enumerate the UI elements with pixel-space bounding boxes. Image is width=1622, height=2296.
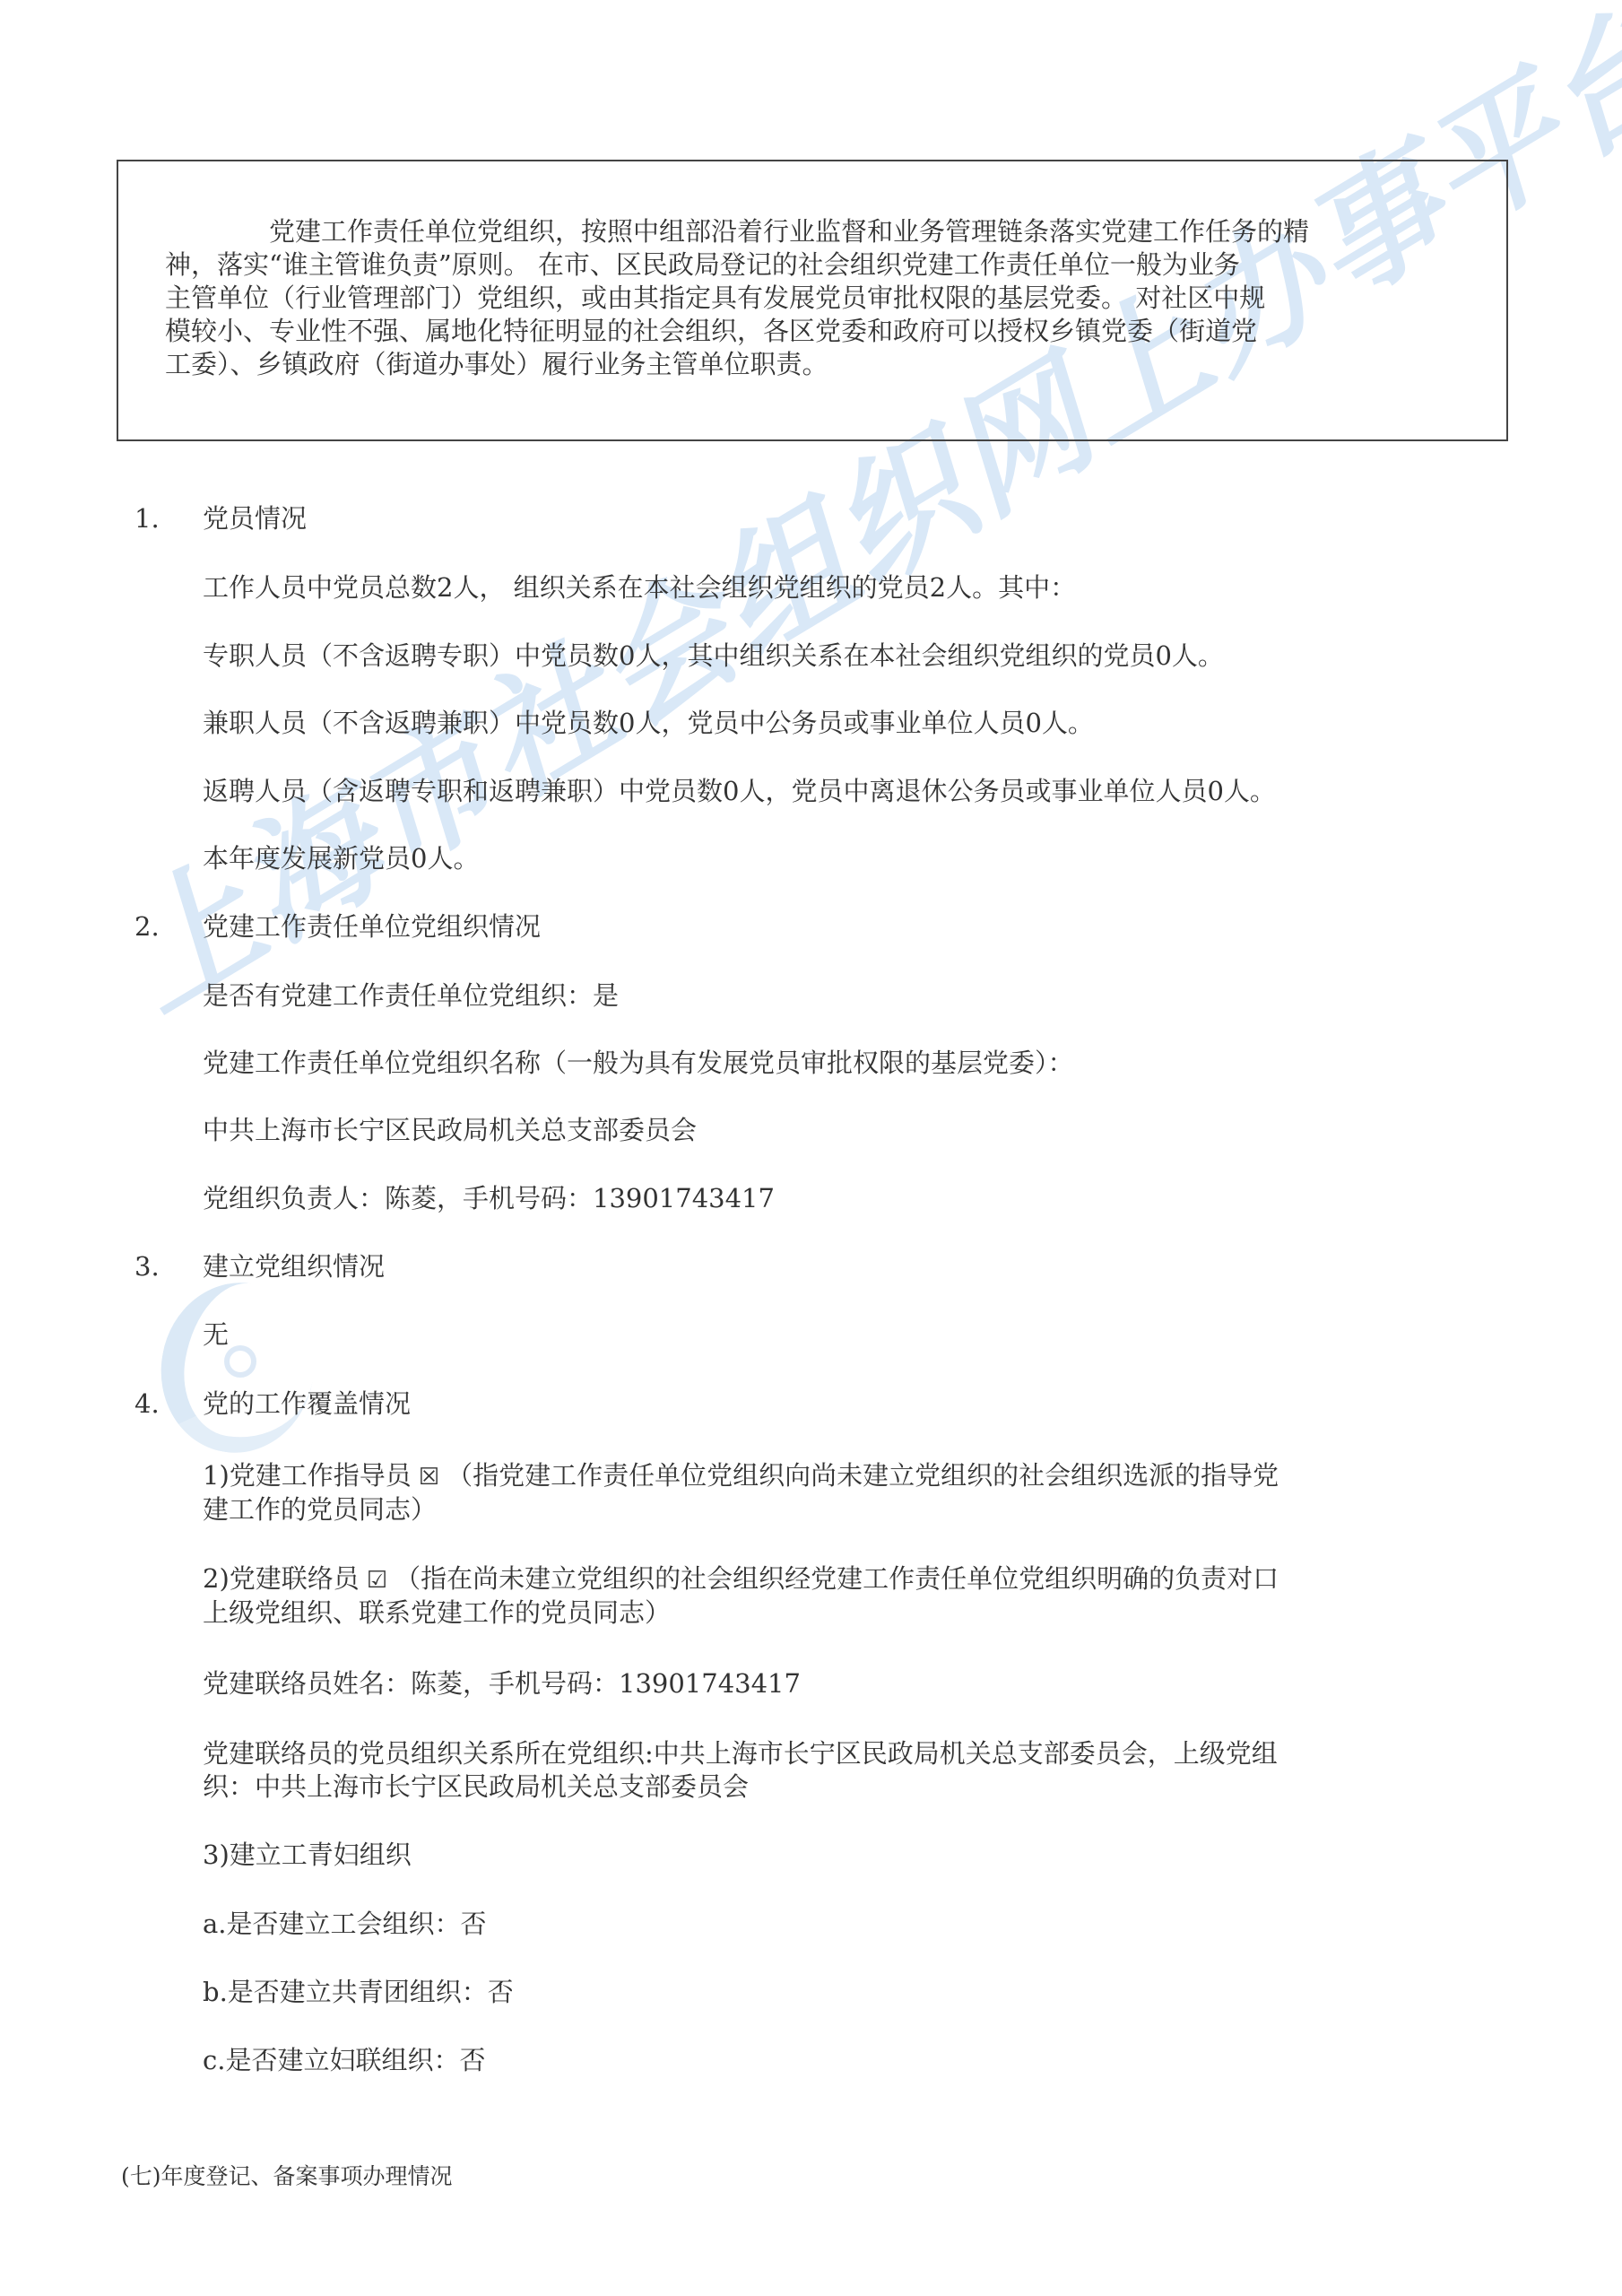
notice-text: 党建工作责任单位党组织，按照中组部沿着行业监督和业务管理链条落实党建工作任务的精…: [217, 215, 1508, 381]
liaison-org-line-cont: 织：中共上海市长宁区民政局机关总支部委员会: [203, 1770, 749, 1804]
union-org-line: a.是否建立工会组织：否: [203, 1907, 487, 1941]
liaison-name-line: 党建联络员姓名：陈菱，手机号码：13901743417: [203, 1666, 801, 1700]
instructor-label: 1)党建工作指导员: [203, 1460, 412, 1491]
body-line: 党组织负责人：陈菱，手机号码：13901743417: [203, 1181, 775, 1215]
liaison-description: （指在尚未建立党组织的社会组织经党建工作责任单位党组织明确的负责对口: [395, 1563, 1279, 1594]
notice-line: 工委）、乡镇政府（街道办事处）履行业务主管单位职责。: [165, 348, 1508, 381]
watermark-text: 上海市社会组织网上办事平台: [100, 0, 1622, 1031]
notice-line: 模较小、专业性不强、属地化特征明显的社会组织，各区党委和政府可以授权乡镇党委（街…: [165, 315, 1508, 348]
womens-federation-line: c.是否建立妇联组织：否: [203, 2043, 485, 2077]
notice-line: 党建工作责任单位党组织，按照中组部沿着行业监督和业务管理链条落实党建工作任务的精: [217, 215, 1508, 248]
section-number: 3.: [134, 1249, 160, 1283]
liaison-description-cont: 上级党组织、联系党建工作的党员同志）: [203, 1596, 671, 1630]
liaison-org-line: 党建联络员的党员组织关系所在党组织:中共上海市长宁区民政局机关总支部委员会，上级…: [203, 1736, 1278, 1770]
checkbox-crossed-icon: ☒: [412, 1464, 447, 1491]
youth-league-label: b.是否建立共青团组织：: [203, 1977, 488, 2007]
youth-league-value: 否: [488, 1977, 514, 2007]
body-line: 专职人员（不含返聘专职）中党员数0人，其中组织关系在本社会组织党组织的党员0人。: [203, 639, 1224, 673]
section-number: 4.: [134, 1387, 160, 1421]
section-number: 2.: [134, 909, 160, 944]
union-org-label: a.是否建立工会组织：: [203, 1909, 461, 1939]
checkbox-checked-icon: ☑: [360, 1567, 395, 1594]
body-line: 工作人员中党员总数2人， 组织关系在本社会组织党组织的党员2人。其中：: [203, 570, 1076, 604]
instructor-item: 1)党建工作指导员☒（指党建工作责任单位党组织向尚未建立党组织的社会组织选派的指…: [203, 1458, 1279, 1494]
body-line: 返聘人员（含返聘专职和返聘兼职）中党员数0人，党员中离退休公务员或事业单位人员0…: [203, 774, 1276, 808]
body-line: 兼职人员（不含返聘兼职）中党员数0人，党员中公务员或事业单位人员0人。: [203, 706, 1094, 740]
liaison-label: 2)党建联络员: [203, 1563, 360, 1594]
section-title-party-org-established: 建立党组织情况: [203, 1249, 385, 1283]
mass-orgs-title: 3)建立工青妇组织: [203, 1838, 412, 1872]
watermark-logo-dot-icon: [224, 1345, 256, 1378]
section-title-party-members: 党员情况: [203, 501, 307, 535]
youth-league-line: b.是否建立共青团组织：否: [203, 1975, 514, 2009]
body-line: 中共上海市长宁区民政局机关总支部委员会: [203, 1113, 697, 1147]
womens-federation-value: 否: [459, 2045, 485, 2075]
liaison-item: 2)党建联络员☑（指在尚未建立党组织的社会组织经党建工作责任单位党组织明确的负责…: [203, 1561, 1279, 1597]
body-line: 无: [203, 1318, 229, 1352]
section-title-responsible-unit: 党建工作责任单位党组织情况: [203, 909, 541, 944]
section-number: 1.: [134, 501, 160, 535]
body-line: 是否有党建工作责任单位党组织：是: [203, 978, 619, 1013]
section-title-coverage: 党的工作覆盖情况: [203, 1387, 411, 1421]
body-line: 党建工作责任单位党组织名称（一般为具有发展党员审批权限的基层党委）：: [203, 1046, 1074, 1080]
notice-line: 神，落实“谁主管谁负责”原则。 在市、区民政局登记的社会组织党建工作责任单位一般…: [165, 248, 1508, 282]
womens-federation-label: c.是否建立妇联组织：: [203, 2045, 459, 2075]
body-line: 本年度发展新党员0人。: [203, 841, 479, 875]
notice-line: 主管单位（行业管理部门）党组织，或由其指定具有发展党员审批权限的基层党委。 对社…: [165, 282, 1508, 315]
union-org-value: 否: [461, 1909, 487, 1939]
next-section-heading: (七)年度登记、备案事项办理情况: [121, 2160, 453, 2194]
notice-box: 党建工作责任单位党组织，按照中组部沿着行业监督和业务管理链条落实党建工作任务的精…: [117, 160, 1508, 441]
instructor-description: （指党建工作责任单位党组织向尚未建立党组织的社会组织选派的指导党: [447, 1460, 1279, 1491]
watermark-logo-icon: [148, 1271, 327, 1465]
instructor-description-cont: 建工作的党员同志）: [203, 1492, 437, 1526]
